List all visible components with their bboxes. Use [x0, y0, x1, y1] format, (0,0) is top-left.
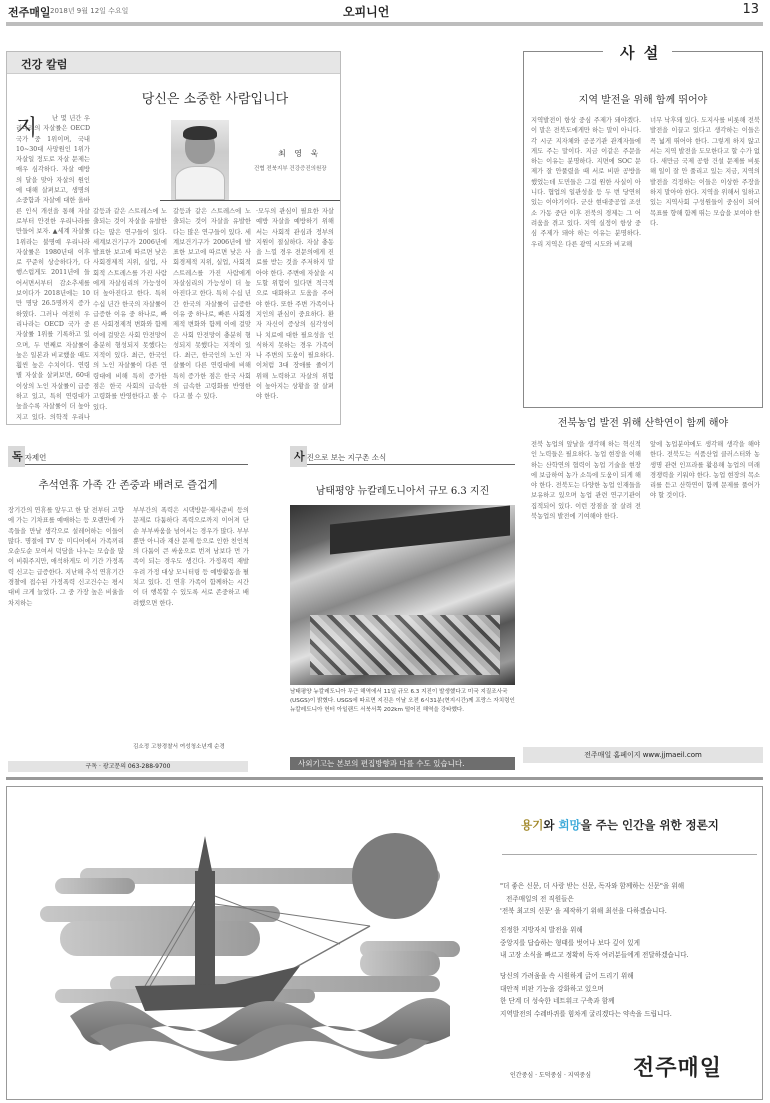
reader-column-label: 자제언	[25, 453, 47, 462]
health-column-text-3: 갈등과 같은 스트레스에 노출되는 것이 자살을 유발한다는 많은 연구들이 있…	[173, 207, 251, 420]
earthquake-photo	[290, 505, 515, 685]
health-column-text-1: 난 몇 년간 우리나라의 자살률은 OECD 국가 중 1위이며, 국내 10~…	[16, 114, 90, 420]
author-photo	[171, 120, 229, 200]
reader-column-signature: 김소정 고창경찰서 여성청소년계 순경	[133, 742, 253, 750]
photo-news-label: 진으로 보는 지구촌 소식	[307, 453, 387, 462]
newspaper-logo: 전주매일	[633, 1051, 722, 1082]
slogan-hope: 희망	[558, 818, 580, 832]
ship-illustration-icon	[10, 826, 470, 1086]
homepage-bar[interactable]: 전주매일 홈페이지 www.jjmaeil.com	[523, 747, 763, 763]
slogan-courage: 용기	[521, 818, 543, 832]
reader-column-cap: 독	[8, 446, 25, 467]
ad-slogan: 용기와 희망을 주는 인간을 위한 정론지	[470, 817, 770, 833]
page-number: 13	[742, 2, 759, 17]
ad-paragraph-2: 진정한 지방자치 발전을 위해 중앙지를 답습하는 형태를 벗어나 보다 깊이 …	[500, 924, 760, 962]
health-column-header: 건강 칼럼	[7, 52, 340, 74]
ad-paragraph-3: 당신의 가려움을 속 시원하게 긁어 드리기 위해 대안적 비판 기능을 강화하…	[500, 970, 760, 1020]
section-title: 오피니언	[343, 3, 389, 20]
ad-paragraph-1: "더 좋은 신문, 더 사랑 받는 신문, 독자와 함께하는 신문"을 위해 전…	[500, 880, 760, 918]
masthead-rule	[6, 22, 763, 26]
reader-column-header: 독자제언	[8, 445, 248, 465]
ad-motto: 인간중심 · 도덕중심 · 지역중심	[510, 1070, 591, 1079]
reader-column-text-1: 장기간의 연휴를 앞두고 한 달 전부터 고향에 가는 기차표를 예매하는 등 …	[8, 506, 124, 754]
health-column-title: 당신은 소중한 사람입니다	[100, 88, 330, 107]
subscription-bar: 구독 · 광고문의 063-288-9700	[8, 761, 248, 772]
health-column-text-2: 갈등과 같은 스트레스에 노출되는 것이 자살을 유발한다는 많은 연구들이 있…	[93, 207, 167, 420]
masthead: 전주매일 2018년 9월 12일 수요일 오피니언 13	[8, 0, 763, 24]
editorial-2-text-2: 앞에 농업분야에도 생각해 생각을 해야 한다. 전북도는 식품산업 클러스터와…	[650, 440, 760, 740]
ad-divider	[6, 777, 763, 780]
photo-news-header: 사진으로 보는 지구촌 소식	[290, 445, 515, 465]
notice-bar: 사외기고는 본보의 편집방향과 다를 수도 있습니다.	[290, 757, 515, 770]
masthead-date: 2018년 9월 12일 수요일	[50, 6, 128, 16]
ad-rule	[502, 854, 757, 855]
photo-caption: 남태평양 뉴칼레도니아 무근 해역에서 11일 규모 6.3 지진이 발생했다고…	[290, 688, 515, 715]
health-column-label: 건강 칼럼	[21, 56, 67, 72]
photo-news-title: 남태평양 뉴칼레도니아서 규모 6.3 지진	[295, 482, 510, 497]
masthead-brand: 전주매일	[8, 4, 51, 20]
photo-news-cap: 사	[290, 446, 307, 467]
editorial-2-text-1: 전북 농업의 앞날을 생각해 하는 혁신적인 노력들은 필요하다. 농업 현장을…	[531, 440, 641, 740]
editorial-1-text-1: 지역발전이 항상 중심 주제가 돼야겠다. 이 말은 전북도에게만 하는 말이 …	[531, 116, 641, 392]
reader-column-title: 추석연휴 가족 간 존중과 배려로 즐겁게	[8, 477, 248, 492]
editorial-1-text-2: 너무 낙후돼 있다. 도지사를 비롯해 전북 발전을 이끌고 있다고 생각하는 …	[650, 116, 760, 392]
editorial-title-2: 전북농업 발전 위해 산학연이 함께 해야	[523, 414, 763, 429]
reader-column-text-2: 부부간의 폭력은 시댁방문·제사준비 등의 문제로 다툼하다 폭력으로까지 이어…	[133, 506, 249, 740]
notice-text: 사외기고는 본보의 편집방향과 다를 수도 있습니다.	[298, 758, 464, 769]
health-column-text-5: ·모두의 관심이 필요한 자살 예방 자살을 예방하기 위해서는 사회적 관심과…	[256, 207, 334, 420]
editorial-title-1: 지역 발전을 위해 함께 뛰어야	[523, 91, 763, 106]
